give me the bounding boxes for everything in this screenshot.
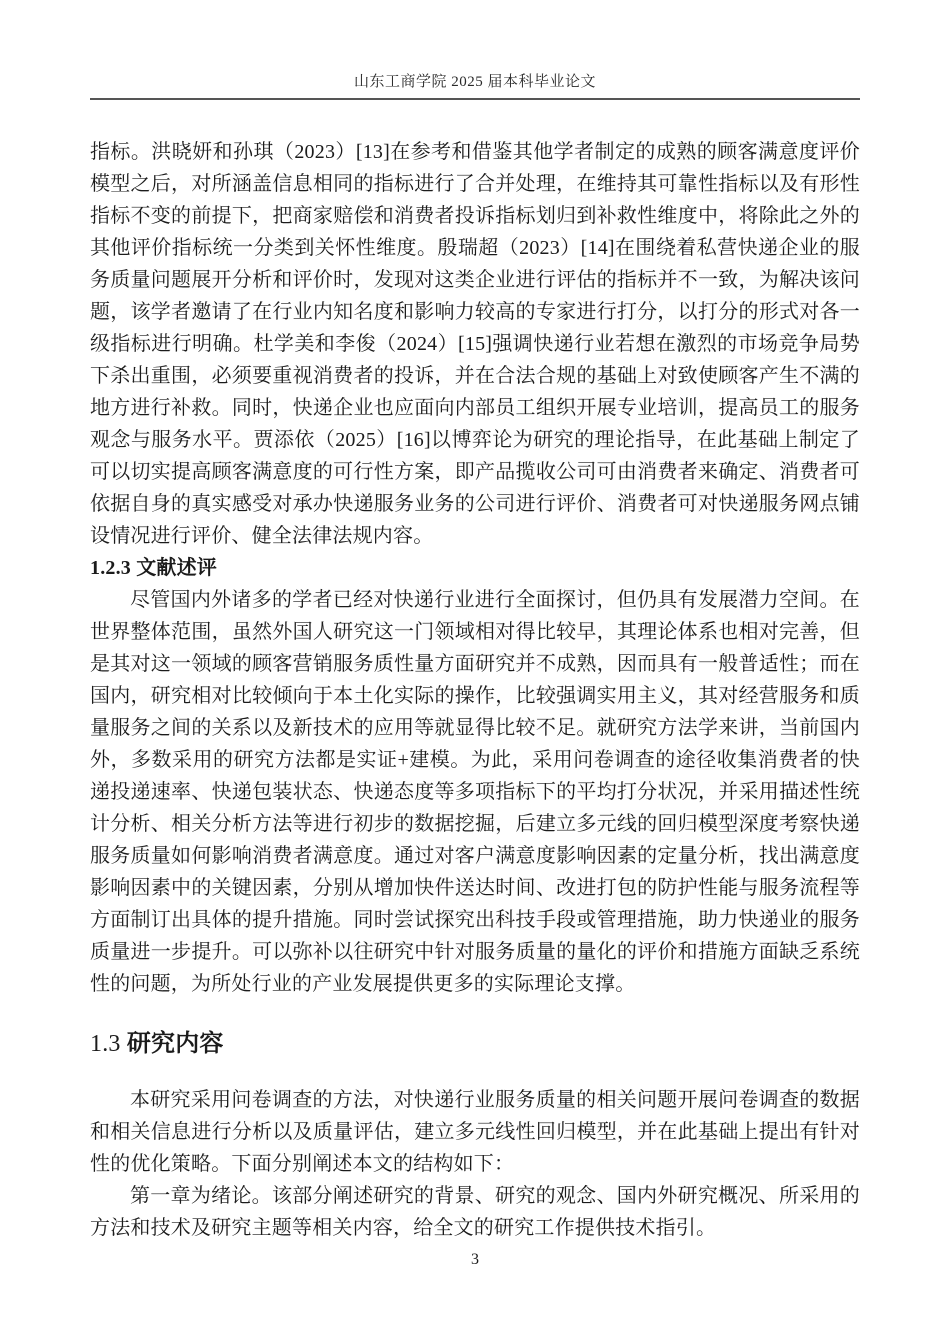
- paragraph-research-method: 本研究采用问卷调查的方法，对快递行业服务质量的相关问题开展问卷调查的数据和相关信…: [90, 1084, 860, 1180]
- paragraph-literature-review: 尽管国内外诸多的学者已经对快递行业进行全面探讨，但仍具有发展潜力空间。在世界整体…: [90, 584, 860, 1000]
- paragraph-chapter-one: 第一章为绪论。该部分阐述研究的背景、研究的观念、国内外研究概况、所采用的方法和技…: [90, 1180, 860, 1244]
- section-heading-research-content: 1.3 研究内容: [90, 1028, 860, 1060]
- section-title: 研究内容: [127, 1030, 224, 1057]
- document-body: 指标。洪晓妍和孙琪（2023）[13]在参考和借鉴其他学者制定的成熟的顾客满意度…: [90, 136, 860, 1244]
- content-column: 山东工商学院 2025 届本科毕业论文 指标。洪晓妍和孙琪（2023）[13]在…: [90, 70, 860, 1244]
- page-number: 3: [471, 1251, 479, 1268]
- section-number: 1.2.3: [90, 557, 131, 579]
- section-number: 1.3: [90, 1031, 121, 1057]
- thesis-page: 山东工商学院 2025 届本科毕业论文 指标。洪晓妍和孙琪（2023）[13]在…: [0, 0, 950, 1344]
- page-header-title: 山东工商学院 2025 届本科毕业论文: [354, 74, 596, 90]
- section-heading-literature-review: 1.2.3 文献述评: [90, 552, 860, 584]
- page-footer: 3: [0, 1251, 950, 1269]
- page-header: 山东工商学院 2025 届本科毕业论文: [90, 70, 860, 100]
- section-title: 文献述评: [136, 557, 217, 579]
- paragraph-continuation: 指标。洪晓妍和孙琪（2023）[13]在参考和借鉴其他学者制定的成熟的顾客满意度…: [90, 136, 860, 552]
